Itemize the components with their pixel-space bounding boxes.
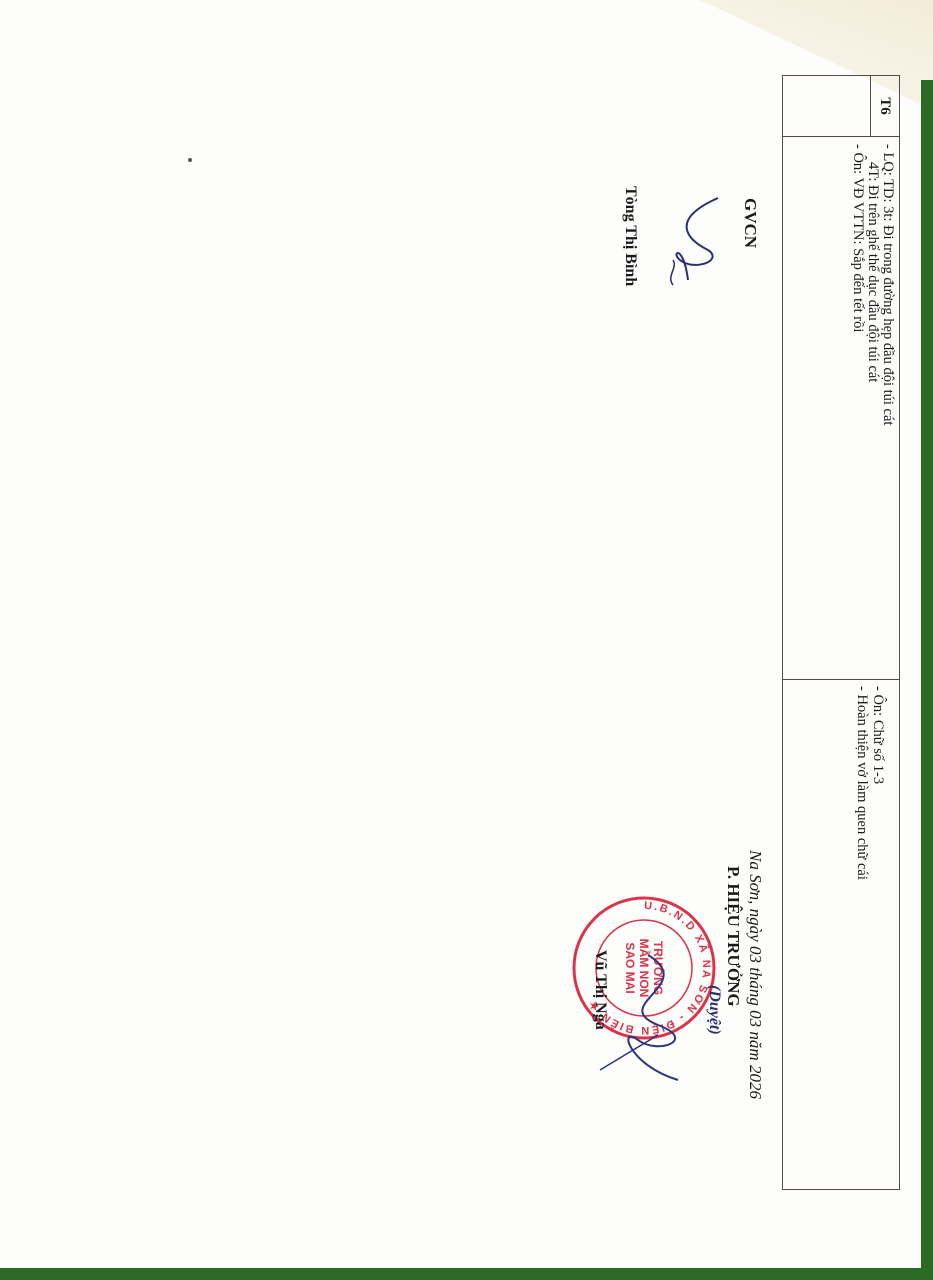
table-divider-middle xyxy=(783,679,899,680)
review-line: - Ôn: Chữ số 1-3 xyxy=(870,686,885,784)
vice-principal-title: P. HIỆU TRƯỞNG xyxy=(723,866,743,1007)
activity-line: - Ôn: VĐ VTTN: Sắp đến tết rồi xyxy=(850,144,865,332)
table-row-divider xyxy=(870,76,871,136)
teacher-signature-icon xyxy=(653,190,728,300)
vice-principal-name: Vũ Thị Nga xyxy=(591,950,609,1030)
teacher-title: GVCN xyxy=(740,198,760,248)
day-label: T6 xyxy=(876,76,893,136)
teacher-name: Tòng Thị Bình xyxy=(621,186,639,286)
schedule-table: T6 - LQ: TD: 3t: Đi trong đường hẹp đầu … xyxy=(782,75,900,1190)
table-divider-label xyxy=(783,136,899,137)
rotated-document-page: T6 - LQ: TD: 3t: Đi trong đường hẹp đầu … xyxy=(0,0,933,1280)
vice-principal-signature-icon xyxy=(598,945,718,1085)
activity-line: 4T: Đi trên ghế thể dục đầu đội túi cát xyxy=(865,162,880,382)
review-line: - Hoàn thiện vở làm quen chữ cái xyxy=(854,686,869,880)
date-line: Na Sơn, ngày 03 tháng 03 năm 2026 xyxy=(745,850,765,1099)
activity-line: - LQ: TD: 3t: Đi trong đường hẹp đầu đội… xyxy=(880,144,895,425)
